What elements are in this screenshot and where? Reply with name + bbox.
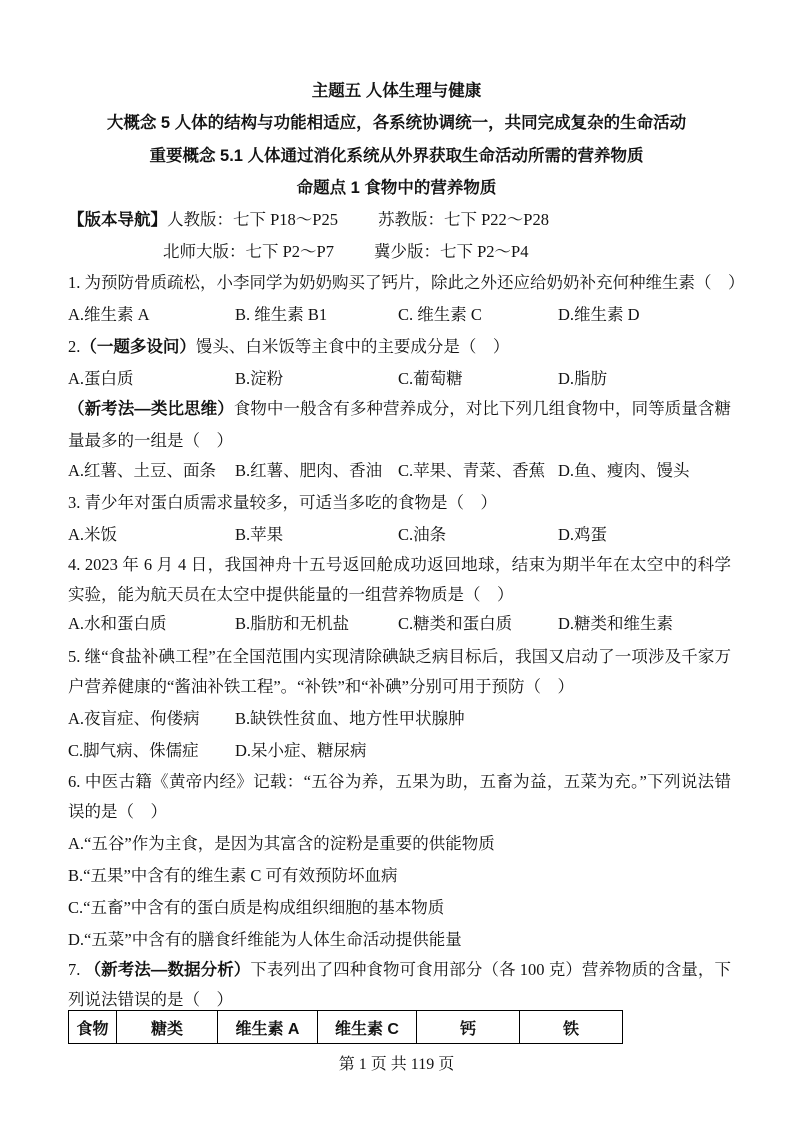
q2-tag: （一题多设问） (80, 338, 196, 356)
edition-nav-jishao: 冀少版：七下 P2～P4 (374, 242, 528, 261)
q2-stem-text: 馒头、白米饭等主食中的主要成分是（ ） (196, 337, 510, 356)
q6-option-b: B.“五果”中含有的维生素 C 可有效预防坏血病 (68, 864, 731, 887)
q2-sub-stem-line2: 量最多的一组是（ ） (68, 429, 731, 452)
q7-tag: （新考法—数据分析） (85, 961, 251, 979)
q2-sub-option-b: B.红薯、肥肉、香油 (235, 459, 382, 482)
q2-sub-stem-text: 食物中一般含有多种营养成分，对比下列几组食物中，同等质量含糖 (234, 399, 731, 418)
edition-nav-label: 【版本导航】 (68, 211, 167, 229)
q2-option-a: A.蛋白质 (68, 367, 134, 390)
q5-option-a: A.夜盲症、佝偻病 (68, 707, 200, 730)
q2-option-c: C.葡萄糖 (398, 367, 463, 390)
q2-sub-tag: （新考法—类比思维） (68, 400, 234, 418)
q5-option-c: C.脚气病、侏儒症 (68, 739, 199, 762)
heading-key-concept: 重要概念 5.1 人体通过消化系统从外界获取生命活动所需的营养物质 (0, 145, 793, 168)
table-header-food: 食物 (69, 1011, 117, 1044)
q7-stem-line1: 7. （新考法—数据分析）下表列出了四种食物可食用部分（各 100 克）营养物质… (68, 958, 731, 982)
q1-option-a: A.维生素 A (68, 303, 150, 326)
q5-stem-line2: 户营养健康的“酱油补铁工程”。“补铁”和“补碘”分别可用于预防（ ） (68, 675, 731, 698)
heading-concept: 大概念 5 人体的结构与功能相适应，各系统协调统一，共同完成复杂的生命活动 (0, 112, 793, 135)
q1-option-b: B. 维生素 B1 (235, 303, 327, 326)
q4-stem-line1: 4. 2023 年 6 月 4 日，我国神舟十五号返回舱成功返回地球，结束为期半… (68, 553, 731, 576)
q2-sub-stem-line1: （新考法—类比思维）食物中一般含有多种营养成分，对比下列几组食物中，同等质量含糖 (68, 397, 731, 421)
document-page: 主题五 人体生理与健康 大概念 5 人体的结构与功能相适应，各系统协调统一，共同… (0, 0, 793, 1122)
table-header-calcium: 钙 (417, 1011, 520, 1044)
q6-option-d: D.“五菜”中含有的膳食纤维能为人体生命活动提供能量 (68, 928, 731, 951)
q6-option-a: A.“五谷”作为主食，是因为其富含的淀粉是重要的供能物质 (68, 832, 731, 855)
q7-number: 7. (68, 960, 85, 979)
q5-option-b: B.缺铁性贫血、地方性甲状腺肿 (235, 707, 465, 730)
q3-stem: 3. 青少年对蛋白质需求量较多，可适当多吃的食物是（ ） (68, 491, 731, 514)
q2-option-b: B.淀粉 (235, 367, 283, 390)
q5-option-d: D.呆小症、糖尿病 (235, 739, 367, 762)
q4-option-b: B.脂肪和无机盐 (235, 612, 349, 635)
q7-stem-line2: 列说法错误的是（ ） (68, 988, 731, 1011)
edition-nav-sujiao: 苏教版：七下 P22～P28 (378, 210, 549, 229)
q4-option-c: C.糖类和蛋白质 (398, 612, 512, 635)
q6-stem-line1: 6. 中医古籍《黄帝内经》记载：“五谷为养，五果为助，五畜为益，五菜为充。”下列… (68, 770, 731, 793)
nutrition-table-header-row: 食物 糖类 维生素 A 维生素 C 钙 铁 (69, 1011, 623, 1044)
q1-option-d: D.维生素 D (558, 303, 640, 326)
q5-stem-line1: 5. 继“食盐补碘工程”在全国范围内实现清除碘缺乏病目标后，我国又启动了一项涉及… (68, 645, 731, 668)
q7-stem-text: 下表列出了四种食物可食用部分（各 100 克）营养物质的含量，下 (250, 960, 731, 979)
edition-nav-line1: 【版本导航】人教版：七下 P18～P25苏教版：七下 P22～P28 (68, 208, 731, 232)
table-header-iron: 铁 (520, 1011, 623, 1044)
q2-number: 2. (68, 337, 80, 356)
q2-option-d: D.脂肪 (558, 367, 607, 390)
q3-option-b: B.苹果 (235, 523, 283, 546)
heading-topic: 命题点 1 食物中的营养物质 (0, 177, 793, 200)
q4-option-a: A.水和蛋白质 (68, 612, 167, 635)
edition-nav-renjiao: 人教版：七下 P18～P25 (167, 210, 338, 229)
q3-option-d: D.鸡蛋 (558, 523, 607, 546)
q4-option-d: D.糖类和维生素 (558, 612, 673, 635)
q2-sub-option-a: A.红薯、土豆、面条 (68, 459, 216, 482)
q2-sub-option-d: D.鱼、瘦肉、馒头 (558, 459, 690, 482)
edition-nav-line2: 北师大版：七下 P2～P7冀少版：七下 P2～P4 (68, 240, 793, 263)
q3-option-a: A.米饭 (68, 523, 117, 546)
page-footer: 第 1 页 共 119 页 (0, 1053, 793, 1076)
page-title: 主题五 人体生理与健康 (0, 80, 793, 103)
edition-nav-beishida: 北师大版：七下 P2～P7 (163, 242, 334, 261)
q3-option-c: C.油条 (398, 523, 446, 546)
q2-sub-option-c: C.苹果、青菜、香蕉 (398, 459, 545, 482)
nutrition-table: 食物 糖类 维生素 A 维生素 C 钙 铁 (68, 1010, 623, 1044)
q6-stem-line2: 误的是（ ） (68, 800, 731, 823)
q4-stem-line2: 实验，能为航天员在太空中提供能量的一组营养物质是（ ） (68, 583, 731, 606)
q2-stem: 2.（一题多设问）馒头、白米饭等主食中的主要成分是（ ） (68, 335, 731, 359)
q6-option-c: C.“五畜”中含有的蛋白质是构成组织细胞的基本物质 (68, 896, 731, 919)
table-header-vitamin-a: 维生素 A (218, 1011, 318, 1044)
table-header-vitamin-c: 维生素 C (318, 1011, 417, 1044)
q1-stem: 1. 为预防骨质疏松，小李同学为奶奶购买了钙片，除此之外还应给奶奶补充何种维生素… (68, 271, 731, 294)
table-header-sugar: 糖类 (117, 1011, 218, 1044)
q1-option-c: C. 维生素 C (398, 303, 482, 326)
